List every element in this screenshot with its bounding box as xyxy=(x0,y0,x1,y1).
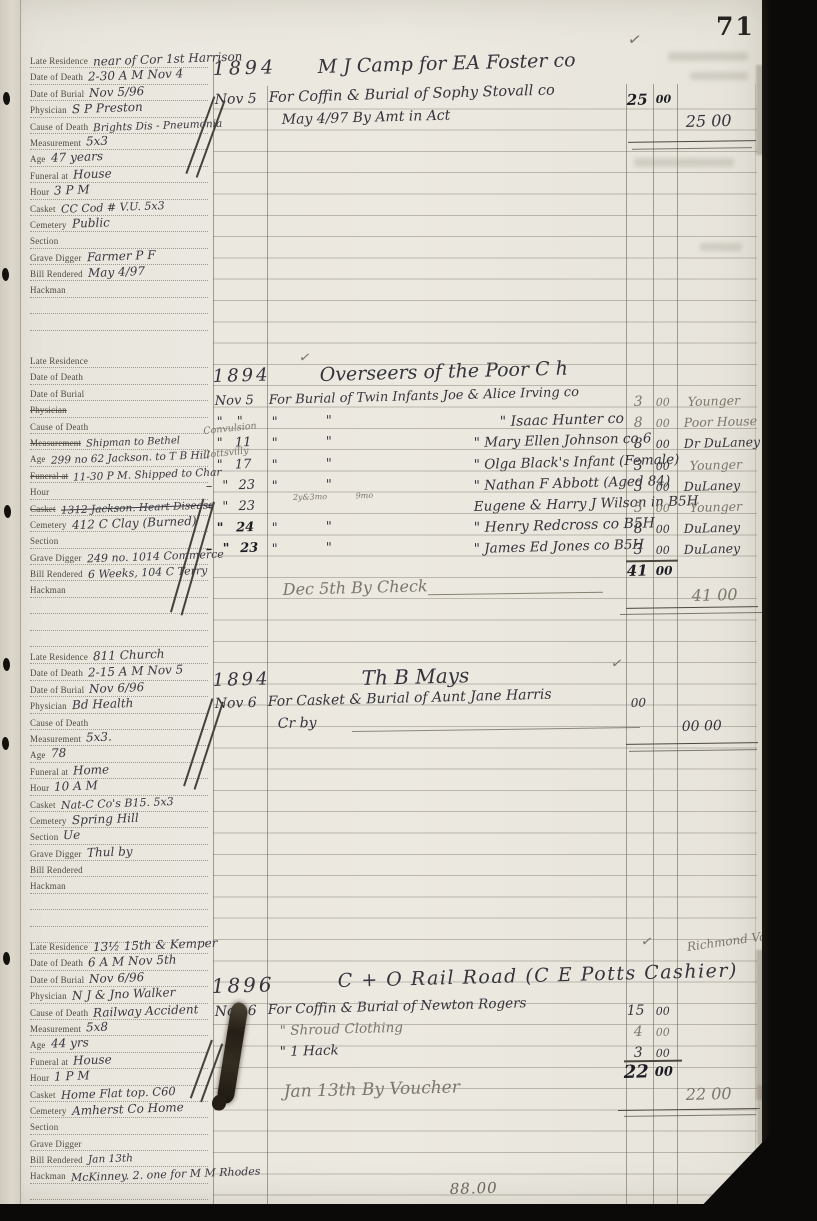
field-row: Date of Death xyxy=(30,368,208,384)
payee: DuLaney xyxy=(684,541,741,557)
field-row: Section xyxy=(30,532,208,548)
field-value: Thul by xyxy=(86,844,132,861)
field-row: Measurement5x3. xyxy=(30,730,208,746)
vertical-rule xyxy=(677,84,678,1204)
field-label: Cause of Death xyxy=(30,122,88,132)
vertical-rule xyxy=(653,84,654,1204)
field-row: HackmanMcKinney. 2. one for M M Rhodes xyxy=(30,1167,208,1183)
field-row: SectionUe xyxy=(30,828,208,844)
amount-cents: 00 xyxy=(656,544,670,557)
field-value: Bd Health xyxy=(72,696,134,713)
field-row: Age44 yrs xyxy=(30,1036,208,1052)
amount-dollars: 3 xyxy=(634,1045,643,1061)
field-label: Hour xyxy=(30,783,49,793)
field-row: Late Residence xyxy=(30,352,208,368)
amount-dollars: 3 xyxy=(634,458,643,474)
field-row: MeasurementShipman to Bethel xyxy=(30,434,208,450)
field-label: Age xyxy=(30,154,46,164)
field-label: Date of Death xyxy=(30,372,83,382)
field-label: Funeral at xyxy=(30,171,68,181)
field-row: Date of BurialNov 5/96 xyxy=(30,85,208,101)
amount-dollars: 25 xyxy=(627,90,648,109)
field-label: Cause of Death xyxy=(30,422,88,432)
field-row: Funeral atHouse xyxy=(30,167,208,183)
amount-dollars: 3 xyxy=(634,542,643,558)
field-value: Nov 6/96 xyxy=(89,970,145,987)
check-mark-icon: ✓ xyxy=(626,29,643,51)
field-value: N J & Jno Walker xyxy=(72,985,176,1004)
entry-date: Nov 5 xyxy=(215,393,254,409)
field-label: Funeral at xyxy=(30,767,68,777)
amount-cents: 00 xyxy=(656,396,670,409)
field-row: Grave DiggerFarmer P F xyxy=(30,249,208,265)
book-edge-right xyxy=(762,0,817,1221)
blank-row xyxy=(30,894,208,910)
field-value: 5x3. xyxy=(86,730,112,746)
field-label: Measurement xyxy=(30,138,81,148)
entry-year: 1896 xyxy=(211,972,275,998)
field-label: Bill Rendered xyxy=(30,269,83,279)
field-value: Amherst Co Home xyxy=(71,1100,183,1119)
amount-cents: 00 xyxy=(656,1026,670,1039)
amount-dollars: 15 xyxy=(627,1003,645,1019)
field-label: Cemetery xyxy=(30,220,67,230)
amount-dollars: 8 xyxy=(634,436,643,452)
field-label: Cause of Death xyxy=(30,1008,88,1018)
field-value: 10 A M xyxy=(54,778,98,795)
field-row: Age78 xyxy=(30,746,208,762)
entry-date: – " 23 xyxy=(206,541,259,557)
field-row: Cause of Death xyxy=(30,714,208,730)
field-label: Late Residence xyxy=(30,942,88,952)
field-row: Hackman xyxy=(30,877,208,893)
amount-cents: 00 xyxy=(656,502,670,515)
field-label: Date of Burial xyxy=(30,685,84,695)
field-value: 11-30 P M. Shipped to Char xyxy=(73,465,222,485)
field-row: Bill RenderedMay 4/97 xyxy=(30,265,208,281)
total-dollars: 41 xyxy=(627,561,648,580)
entry-year: 1894 xyxy=(212,56,277,80)
bleed-through xyxy=(668,52,748,61)
amount-cents: 00 xyxy=(656,93,672,106)
entry-date: " 11 xyxy=(217,435,252,451)
amount-dollars: 00 xyxy=(631,696,647,710)
field-row: CemeteryPublic xyxy=(30,216,208,232)
field-value: House xyxy=(73,1052,112,1068)
field-row: Date of Burial xyxy=(30,385,208,401)
entry-date: " " xyxy=(217,414,243,430)
field-row: Date of BurialNov 6/96 xyxy=(30,681,208,697)
payee: DuLaney xyxy=(684,478,741,494)
field-label: Physician xyxy=(30,991,67,1001)
field-label: Measurement xyxy=(30,438,81,448)
field-label: Section xyxy=(30,1122,58,1132)
field-value: S P Preston xyxy=(72,100,143,117)
total-cents: 00 xyxy=(656,564,673,578)
field-row: Late Residence13½ 15th & Kemper xyxy=(30,938,208,954)
field-value: Ue xyxy=(63,828,81,844)
field-label: Measurement xyxy=(30,1024,81,1034)
ditto-marks: " " xyxy=(272,413,332,430)
field-row: CasketCC Cod # V.U. 5x3 xyxy=(30,200,208,216)
field-label: Section xyxy=(30,832,58,842)
entry-desc: " Shroud Clothing xyxy=(280,1020,404,1039)
carried-amount: 22 00 xyxy=(686,1084,732,1104)
field-label: Bill Rendered xyxy=(30,569,83,579)
field-value: 3 P M xyxy=(54,183,90,199)
field-label: Hackman xyxy=(30,285,66,295)
blank-row xyxy=(30,910,208,926)
ditto-marks: " " xyxy=(272,540,332,557)
field-row: Grave DiggerThul by xyxy=(30,845,208,861)
field-label: Casket xyxy=(30,800,56,810)
field-label: Casket xyxy=(30,204,56,214)
field-value: Jan 13th xyxy=(88,1151,133,1168)
field-row: Bill Rendered xyxy=(30,861,208,877)
entry-year: 1894 xyxy=(212,668,270,691)
blank-row xyxy=(30,314,208,330)
field-label: Hour xyxy=(30,1073,49,1083)
amount-cents: 00 xyxy=(656,417,670,430)
field-value: May 4/97 xyxy=(88,264,145,281)
bleed-through xyxy=(634,158,734,167)
field-row: PhysicianN J & Jno Walker xyxy=(30,987,208,1003)
field-value: 811 Church xyxy=(93,647,165,664)
field-value: 1 P M xyxy=(54,1069,90,1085)
field-label: Hackman xyxy=(30,1171,66,1181)
carried-amount: 00 00 xyxy=(682,718,722,735)
field-value: 412 C Clay (Burned) xyxy=(71,514,196,533)
field-value: Nat-C Co's B15. 5x3 xyxy=(60,794,173,813)
field-row: Grave Digger249 no. 1014 Commerce xyxy=(30,549,208,565)
field-row: Age299 no 62 Jackson. to T B Hill xyxy=(30,450,208,466)
field-label: Late Residence xyxy=(30,652,88,662)
field-row: CemeteryAmherst Co Home xyxy=(30,1102,208,1118)
blank-row xyxy=(30,298,208,314)
field-value: 78 xyxy=(50,746,66,762)
vertical-rule xyxy=(213,56,214,1204)
field-value: Home Flat top. C60 xyxy=(60,1084,175,1103)
field-label: Date of Burial xyxy=(30,389,84,399)
amount-cents: 00 xyxy=(656,523,670,536)
field-value: Home xyxy=(73,762,110,778)
field-row: Funeral atHouse xyxy=(30,1053,208,1069)
field-label: Date of Death xyxy=(30,72,83,82)
amount-dollars: 8 xyxy=(634,521,643,537)
amount-cents: 00 xyxy=(656,481,670,494)
bleed-through xyxy=(700,243,742,251)
payment-note: Dec 5th By Check xyxy=(283,576,428,599)
field-label: Hackman xyxy=(30,881,66,891)
amount-cents: 00 xyxy=(656,1047,670,1060)
field-row: Date of Death6 A M Nov 5th xyxy=(30,954,208,970)
ledger-title: M J Camp for EA Foster co xyxy=(317,49,575,78)
field-label: Date of Burial xyxy=(30,89,84,99)
field-row: Funeral at11-30 P M. Shipped to Char xyxy=(30,467,208,483)
carried-amount: 25 00 xyxy=(686,111,732,131)
field-value: 44 yrs xyxy=(50,1036,88,1052)
binding-hole xyxy=(2,737,9,750)
field-value: 47 years xyxy=(50,149,103,166)
field-row: Cause of DeathRailway Accident xyxy=(30,1004,208,1020)
field-row: CasketNat-C Co's B15. 5x3 xyxy=(30,796,208,812)
carried-amount: 41 00 xyxy=(692,585,738,605)
field-value: House xyxy=(73,166,112,182)
field-row: Hour10 A M xyxy=(30,779,208,795)
record-1-fields: Late Residencenear of Cor 1st Harrison D… xyxy=(30,52,208,331)
amount-dollars: 5 xyxy=(634,500,643,516)
field-label: Grave Digger xyxy=(30,1139,82,1149)
field-row: Age47 years xyxy=(30,150,208,166)
amount-cents: 00 xyxy=(656,438,670,451)
field-row: Hour3 P M xyxy=(30,183,208,199)
field-row: Measurement5x3 xyxy=(30,134,208,150)
binding-hole xyxy=(3,952,10,965)
blank-row xyxy=(30,1184,208,1200)
field-value: Nov 5/96 xyxy=(89,84,145,101)
field-label: Date of Death xyxy=(30,958,83,968)
page-footer-total: 88.00 xyxy=(450,1179,498,1198)
vertical-rule xyxy=(267,86,268,1204)
field-value: 5x3 xyxy=(86,134,109,150)
amount-dollars: 3 xyxy=(634,394,643,410)
field-value: Spring Hill xyxy=(71,811,138,828)
entry-date: " 24 xyxy=(217,520,255,536)
field-label: Bill Rendered xyxy=(30,1155,83,1165)
field-row: Hour xyxy=(30,483,208,499)
blank-row xyxy=(30,631,208,647)
binding-hole xyxy=(2,268,9,281)
field-value: 2-30 A M Nov 4 xyxy=(88,67,184,85)
field-label: Hour xyxy=(30,487,49,497)
field-row: Grave Digger xyxy=(30,1135,208,1151)
amount-dollars: 4 xyxy=(634,1024,643,1040)
field-label: Cemetery xyxy=(30,1106,67,1116)
total-dollars: 22 xyxy=(623,1061,649,1083)
field-label: Age xyxy=(30,1040,46,1050)
amount-cents: 00 xyxy=(656,1005,670,1018)
vertical-rule xyxy=(626,84,627,1204)
field-row: Bill RenderedJan 13th xyxy=(30,1151,208,1167)
amount-dollars: 3 xyxy=(634,479,643,495)
ditto-marks: " " xyxy=(272,456,332,473)
scanned-ledger-scene: 71 Late Residencenear of Cor 1st Harriso… xyxy=(0,0,817,1221)
ditto-marks: " " xyxy=(272,434,332,451)
field-label: Late Residence xyxy=(30,356,88,366)
bleed-through xyxy=(690,72,748,80)
field-row: Hour1 P M xyxy=(30,1069,208,1085)
field-value: CC Cod # V.U. 5x3 xyxy=(60,198,164,217)
payee: Poor House xyxy=(684,413,758,430)
field-row: PhysicianBd Health xyxy=(30,697,208,713)
binding-strip xyxy=(0,0,21,1205)
field-value: Railway Accident xyxy=(93,1002,199,1021)
ledger-page: 71 Late Residencenear of Cor 1st Harriso… xyxy=(0,0,762,1205)
payee: Younger xyxy=(690,457,743,473)
payee: Dr DuLaney xyxy=(684,434,761,451)
field-row: Section xyxy=(30,1118,208,1134)
field-row: Date of Death2-30 A M Nov 4 xyxy=(30,68,208,84)
field-label: Measurement xyxy=(30,734,81,744)
field-label: Hour xyxy=(30,187,49,197)
payee: Younger xyxy=(690,499,743,515)
field-label: Casket xyxy=(30,1090,56,1100)
field-row: Funeral atHome xyxy=(30,763,208,779)
field-row: Cemetery412 C Clay (Burned) xyxy=(30,516,208,532)
field-value: 6 A M Nov 5th xyxy=(88,953,177,971)
field-label: Hackman xyxy=(30,585,66,595)
field-value: Public xyxy=(71,215,109,231)
ledger-title: Th B Mays xyxy=(361,663,469,690)
ditto-marks: " " xyxy=(272,519,332,536)
field-label: Cemetery xyxy=(30,816,67,826)
field-value: 5x8 xyxy=(86,1020,109,1036)
field-label: Funeral at xyxy=(30,471,68,481)
field-label: Physician xyxy=(30,701,67,711)
entry-note: Cr by xyxy=(278,715,317,732)
field-value: Nov 6/96 xyxy=(89,680,145,697)
field-row: Date of BurialNov 6/96 xyxy=(30,971,208,987)
blank-row xyxy=(30,614,208,630)
field-label: Casket xyxy=(30,504,56,514)
field-label: Cause of Death xyxy=(30,718,88,728)
field-row: PhysicianS P Preston xyxy=(30,101,208,117)
entry-desc: " 1 Hack xyxy=(280,1042,339,1060)
field-label: Section xyxy=(30,536,58,546)
field-row: CemeterySpring Hill xyxy=(30,812,208,828)
field-row: Physician xyxy=(30,401,208,417)
entry-desc: " Isaac Hunter co xyxy=(500,411,625,430)
field-row: Measurement5x8 xyxy=(30,1020,208,1036)
field-row: Hackman xyxy=(30,281,208,297)
field-label: Age xyxy=(30,454,46,464)
record-3-fields: Late Residence811 Church Date of Death2-… xyxy=(30,648,208,943)
binding-hole xyxy=(3,658,10,671)
entry-date: – " 23 xyxy=(206,478,256,494)
field-label: Physician xyxy=(30,405,67,415)
field-label: Physician xyxy=(30,105,67,115)
amount-dollars: 8 xyxy=(634,415,643,431)
field-row: Cause of Death xyxy=(30,418,208,434)
field-label: Late Residence xyxy=(30,56,88,66)
field-label: Cemetery xyxy=(30,520,67,530)
field-label: Grave Digger xyxy=(30,849,82,859)
amount-cents: 00 xyxy=(656,460,670,473)
record-4-fields: Late Residence13½ 15th & Kemper Date of … xyxy=(30,938,208,1217)
field-row: Section xyxy=(30,232,208,248)
payee: DuLaney xyxy=(684,520,741,536)
field-label: Age xyxy=(30,750,46,760)
field-row: Date of Death2-15 A M Nov 5 xyxy=(30,664,208,680)
field-label: Grave Digger xyxy=(30,553,82,563)
payee: Younger xyxy=(688,393,741,409)
field-label: Section xyxy=(30,236,58,246)
field-value: 2-15 A M Nov 5 xyxy=(88,663,184,681)
binding-hole xyxy=(4,505,11,518)
field-label: Funeral at xyxy=(30,1057,68,1067)
field-label: Date of Burial xyxy=(30,975,84,985)
field-row: Cause of DeathBrights Dis - Pneumonia xyxy=(30,118,208,134)
total-cents: 00 xyxy=(655,1065,673,1080)
field-label: Bill Rendered xyxy=(30,865,83,875)
field-label: Grave Digger xyxy=(30,253,82,263)
field-label: Date of Death xyxy=(30,668,83,678)
binding-hole xyxy=(3,92,10,105)
page-number: 71 xyxy=(716,12,755,41)
entry-date: " 17 xyxy=(217,457,252,473)
entry-year: 1894 xyxy=(212,364,270,387)
field-value: Farmer P F xyxy=(86,247,155,264)
